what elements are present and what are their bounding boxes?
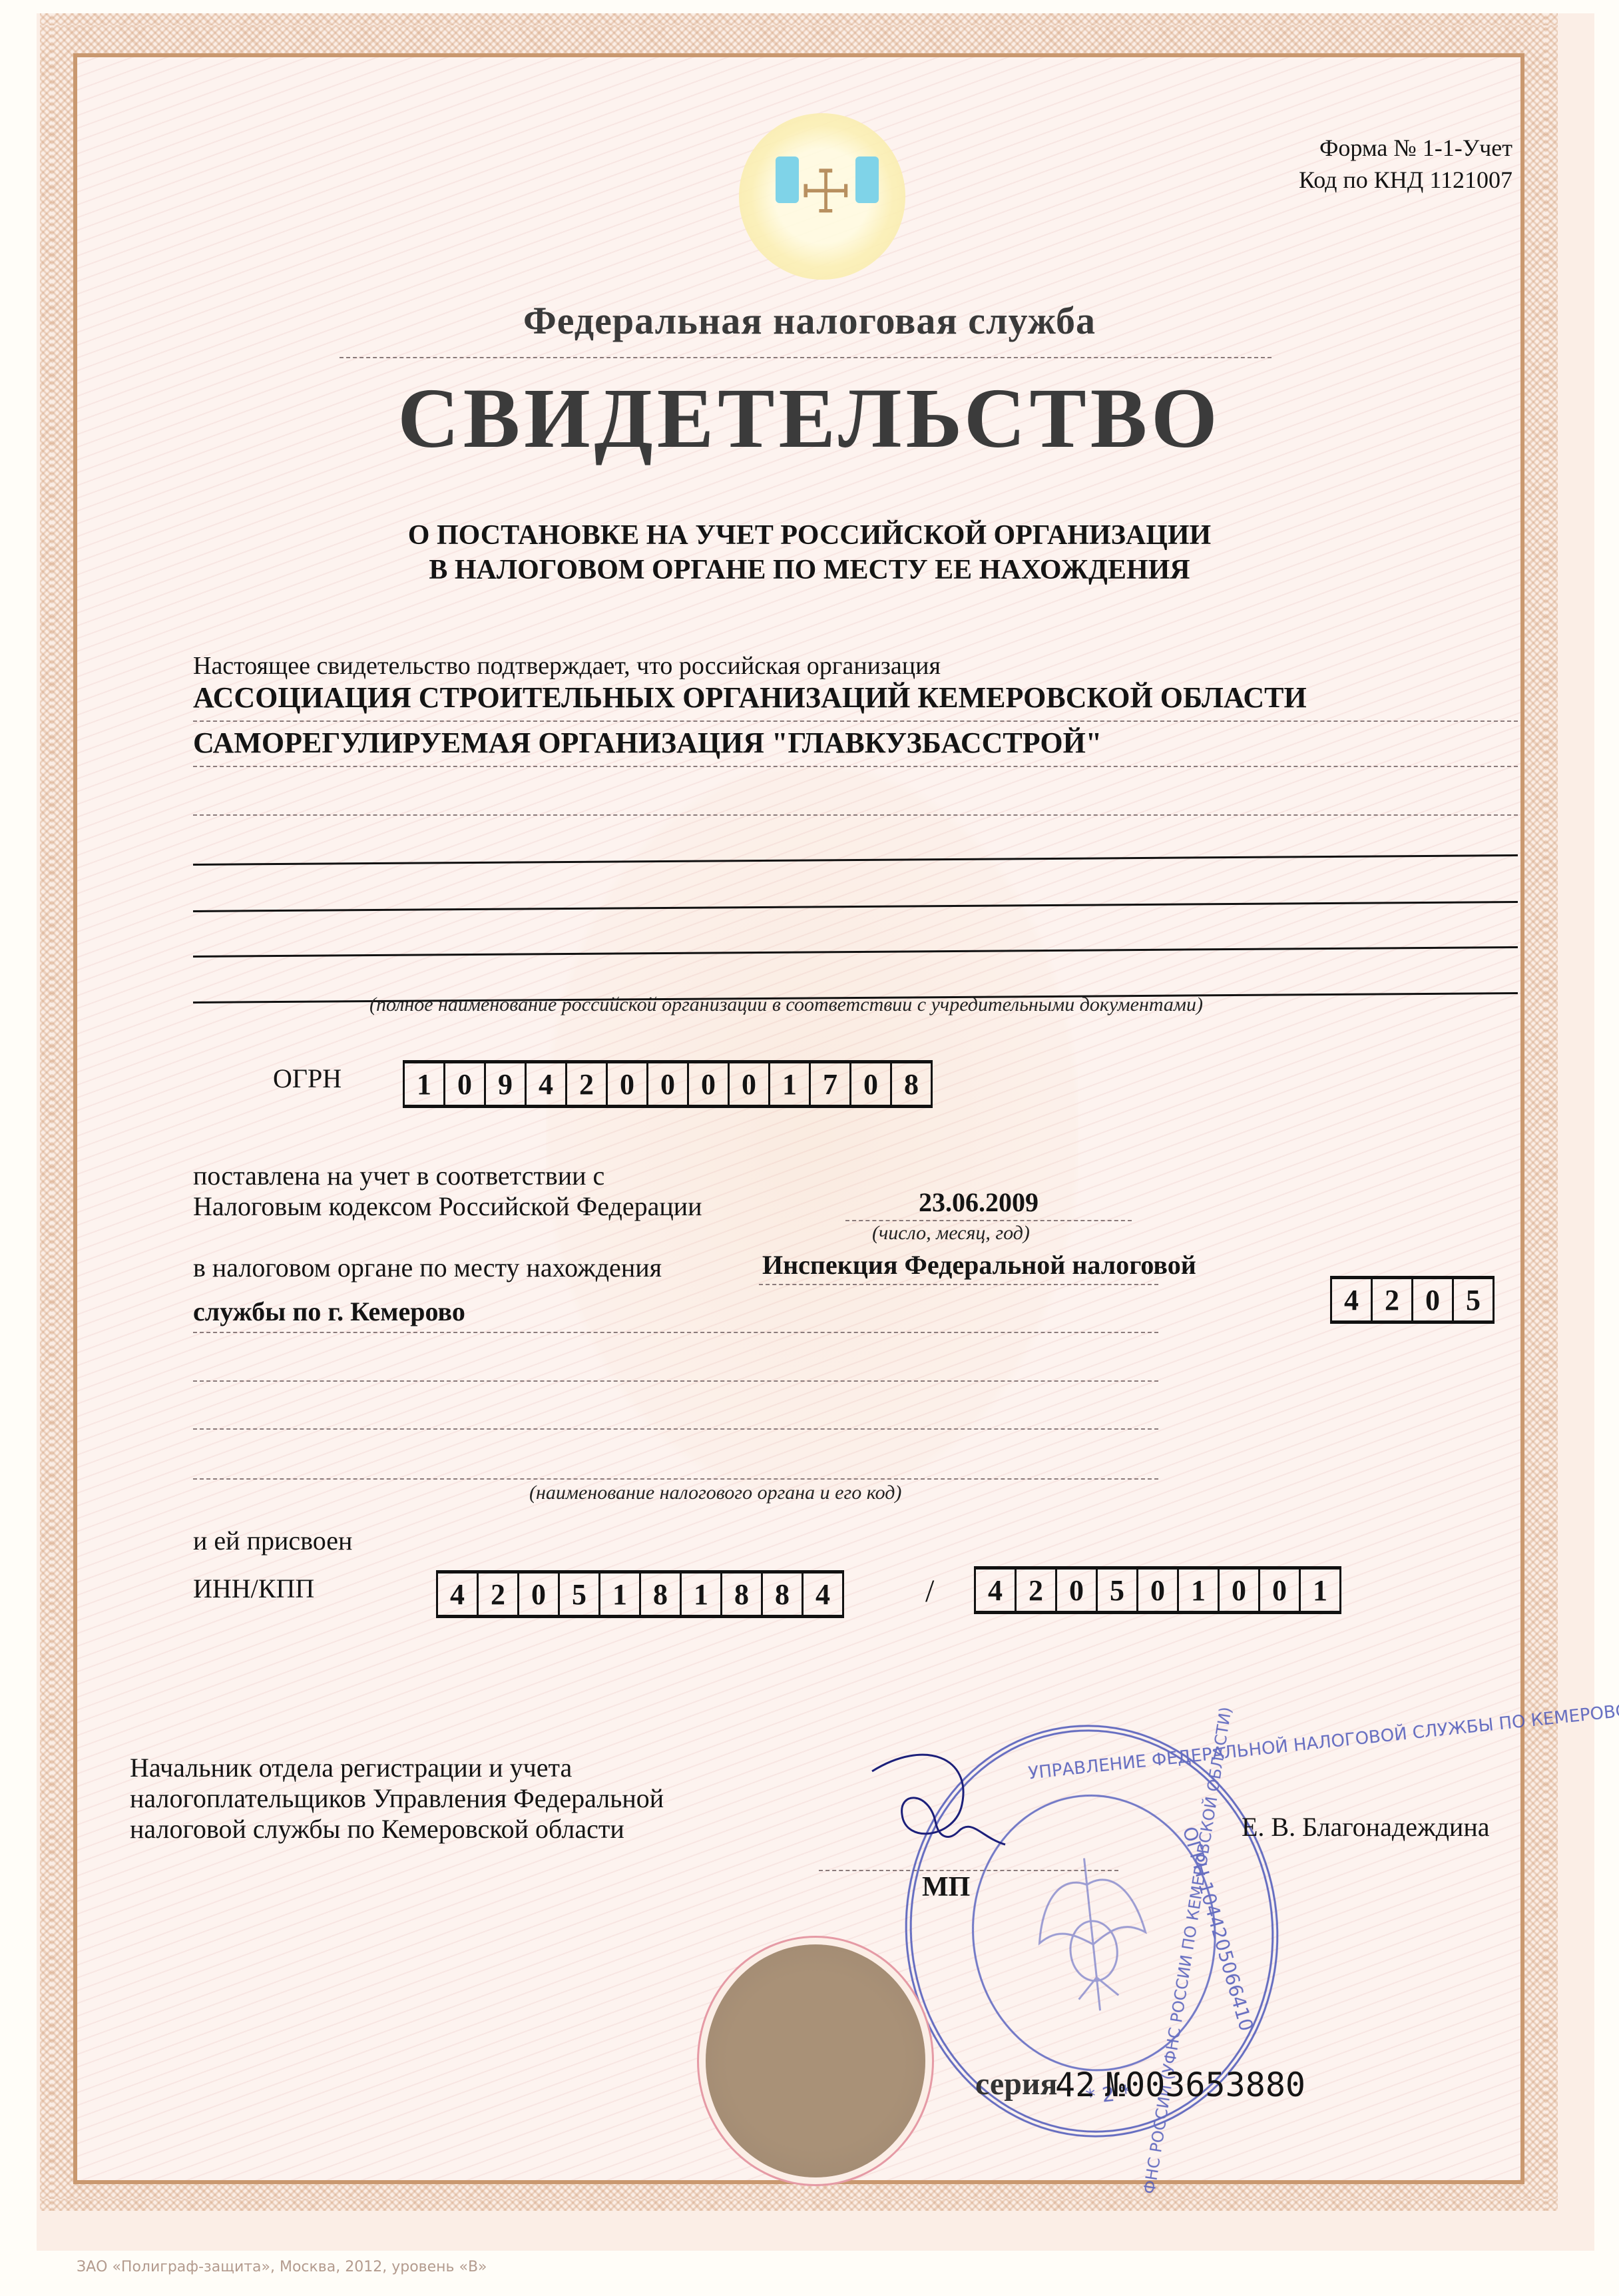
signatory-title-line-2: налогоплательщиков Управления Федерально… bbox=[130, 1783, 664, 1814]
document-title: СВИДЕТЕЛЬСТВО bbox=[0, 370, 1619, 467]
tax-authority-rule bbox=[193, 1428, 1158, 1430]
ogrn-label: ОГРН bbox=[273, 1063, 342, 1094]
divider bbox=[340, 357, 1272, 358]
inn-kpp-label: ИНН/КПП bbox=[193, 1573, 314, 1604]
inn-digit: 1 bbox=[682, 1574, 722, 1615]
ogrn-digit: 1 bbox=[770, 1063, 811, 1105]
ogrn-digit: 8 bbox=[892, 1063, 933, 1105]
eagle-emblem-icon: ☩ bbox=[799, 146, 852, 240]
kpp-digit: 2 bbox=[1017, 1570, 1057, 1611]
ogrn-digit: 1 bbox=[405, 1063, 445, 1105]
tax-authority-code-digit: 0 bbox=[1413, 1279, 1454, 1320]
printer-footer: ЗАО «Полиграф-защита», Москва, 2012, уро… bbox=[77, 2259, 487, 2275]
date-rule bbox=[845, 1220, 1132, 1221]
signatory-title-line-1: Начальник отдела регистрации и учета bbox=[130, 1753, 664, 1783]
agency-name: Федеральная налоговая служба bbox=[0, 298, 1619, 343]
ogrn-digit: 0 bbox=[689, 1063, 730, 1105]
tax-authority-prefix: в налоговом органе по месту нахождения bbox=[193, 1252, 662, 1283]
subtitle-line-2: В НАЛОГОВОМ ОРГАНЕ ПО МЕСТУ ЕЕ НАХОЖДЕНИ… bbox=[0, 553, 1619, 587]
document-subtitle: О ПОСТАНОВКЕ НА УЧЕТ РОССИЙСКОЙ ОРГАНИЗА… bbox=[0, 518, 1619, 587]
signature-icon bbox=[865, 1745, 1078, 1898]
kpp-digit: 1 bbox=[1301, 1570, 1341, 1611]
assigned-label: и ей присвоен bbox=[193, 1525, 352, 1556]
signatory-title-line-3: налоговой службы по Кемеровской области bbox=[130, 1814, 664, 1845]
security-seal-icon bbox=[706, 1944, 925, 2177]
series-value: 42 bbox=[1055, 2066, 1095, 2104]
tax-authority-hint: (наименование налогового органа и его ко… bbox=[529, 1482, 901, 1504]
ogrn-digit: 0 bbox=[730, 1063, 770, 1105]
inn-digit: 4 bbox=[438, 1574, 479, 1615]
org-name-rule bbox=[193, 720, 1518, 722]
tax-authority-rule bbox=[193, 1478, 1158, 1480]
form-number: Форма № 1-1-Учет bbox=[1299, 132, 1512, 164]
tax-authority-code-digit: 2 bbox=[1373, 1279, 1413, 1320]
kpp-digit: 0 bbox=[1057, 1570, 1098, 1611]
ogrn-digit: 9 bbox=[486, 1063, 527, 1105]
seal-place-label: МП bbox=[922, 1871, 970, 1903]
hologram-flag-left-icon bbox=[776, 156, 799, 203]
ogrn-digit: 0 bbox=[851, 1063, 892, 1105]
inn-digit: 4 bbox=[804, 1574, 844, 1615]
certificate-number: №003653880 bbox=[1105, 2066, 1305, 2104]
tax-authority-name-line-1: Инспекция Федеральной налоговой bbox=[762, 1249, 1196, 1281]
ogrn-digit: 0 bbox=[445, 1063, 486, 1105]
tax-authority-rule bbox=[193, 1380, 1158, 1382]
signatory-title: Начальник отдела регистрации и учета нал… bbox=[130, 1753, 664, 1845]
date-hint: (число, месяц, год) bbox=[872, 1222, 1030, 1245]
inn-digit: 0 bbox=[519, 1574, 560, 1615]
subtitle-line-1: О ПОСТАНОВКЕ НА УЧЕТ РОССИЙСКОЙ ОРГАНИЗА… bbox=[0, 518, 1619, 553]
kpp-digit: 5 bbox=[1098, 1570, 1138, 1611]
tax-authority-rule bbox=[193, 1332, 1158, 1333]
ogrn-digit: 7 bbox=[811, 1063, 851, 1105]
ogrn-digit-boxes: 1094200001708 bbox=[403, 1060, 933, 1108]
knd-code: Код по КНД 1121007 bbox=[1299, 164, 1512, 196]
signatory-name: Е. В. Благонадеждина bbox=[1242, 1811, 1490, 1843]
organization-name-line-2: САМОРЕГУЛИРУЕМАЯ ОРГАНИЗАЦИЯ "ГЛАВКУЗБАС… bbox=[193, 726, 1102, 760]
kpp-digit: 4 bbox=[976, 1570, 1017, 1611]
kpp-digit: 1 bbox=[1179, 1570, 1220, 1611]
tax-authority-code-boxes: 4205 bbox=[1330, 1276, 1495, 1324]
inn-digit: 2 bbox=[479, 1574, 519, 1615]
inn-kpp-separator: / bbox=[925, 1573, 934, 1609]
intro-text: Настоящее свидетельство подтверждает, чт… bbox=[193, 651, 941, 681]
registration-date: 23.06.2009 bbox=[919, 1187, 1039, 1218]
tax-authority-code-digit: 5 bbox=[1454, 1279, 1495, 1320]
inn-digit: 5 bbox=[560, 1574, 600, 1615]
ogrn-digit: 2 bbox=[567, 1063, 608, 1105]
kpp-digit: 0 bbox=[1138, 1570, 1179, 1611]
inn-digit: 1 bbox=[600, 1574, 641, 1615]
org-name-rule bbox=[193, 814, 1518, 816]
series-label: серия bbox=[975, 2066, 1058, 2102]
organization-name-line-1: АССОЦИАЦИЯ СТРОИТЕЛЬНЫХ ОРГАНИЗАЦИЙ КЕМЕ… bbox=[193, 681, 1307, 715]
org-name-hint: (полное наименование российской организа… bbox=[369, 994, 1203, 1016]
registration-line-1: поставлена на учет в соответствии с bbox=[193, 1160, 604, 1191]
kpp-digit: 0 bbox=[1260, 1570, 1301, 1611]
hologram-flag-right-icon bbox=[855, 156, 879, 203]
ogrn-digit: 0 bbox=[648, 1063, 689, 1105]
double-headed-eagle-watermark-icon bbox=[546, 766, 1078, 1498]
kpp-digit-boxes: 420501001 bbox=[974, 1566, 1341, 1614]
tax-authority-rule bbox=[759, 1284, 1158, 1285]
ogrn-digit: 0 bbox=[608, 1063, 648, 1105]
tax-authority-code-digit: 4 bbox=[1332, 1279, 1373, 1320]
kpp-digit: 0 bbox=[1220, 1570, 1260, 1611]
inn-digit-boxes: 4205181884 bbox=[436, 1570, 844, 1618]
inn-digit: 8 bbox=[641, 1574, 682, 1615]
org-name-rule bbox=[193, 766, 1518, 767]
tax-authority-name-line-2: службы по г. Кемерово bbox=[193, 1296, 465, 1327]
form-identifier: Форма № 1-1-Учет Код по КНД 1121007 bbox=[1299, 132, 1512, 196]
ogrn-digit: 4 bbox=[527, 1063, 567, 1105]
inn-digit: 8 bbox=[722, 1574, 763, 1615]
inn-digit: 8 bbox=[763, 1574, 804, 1615]
registration-line-2: Налоговым кодексом Российской Федерации bbox=[193, 1191, 702, 1222]
